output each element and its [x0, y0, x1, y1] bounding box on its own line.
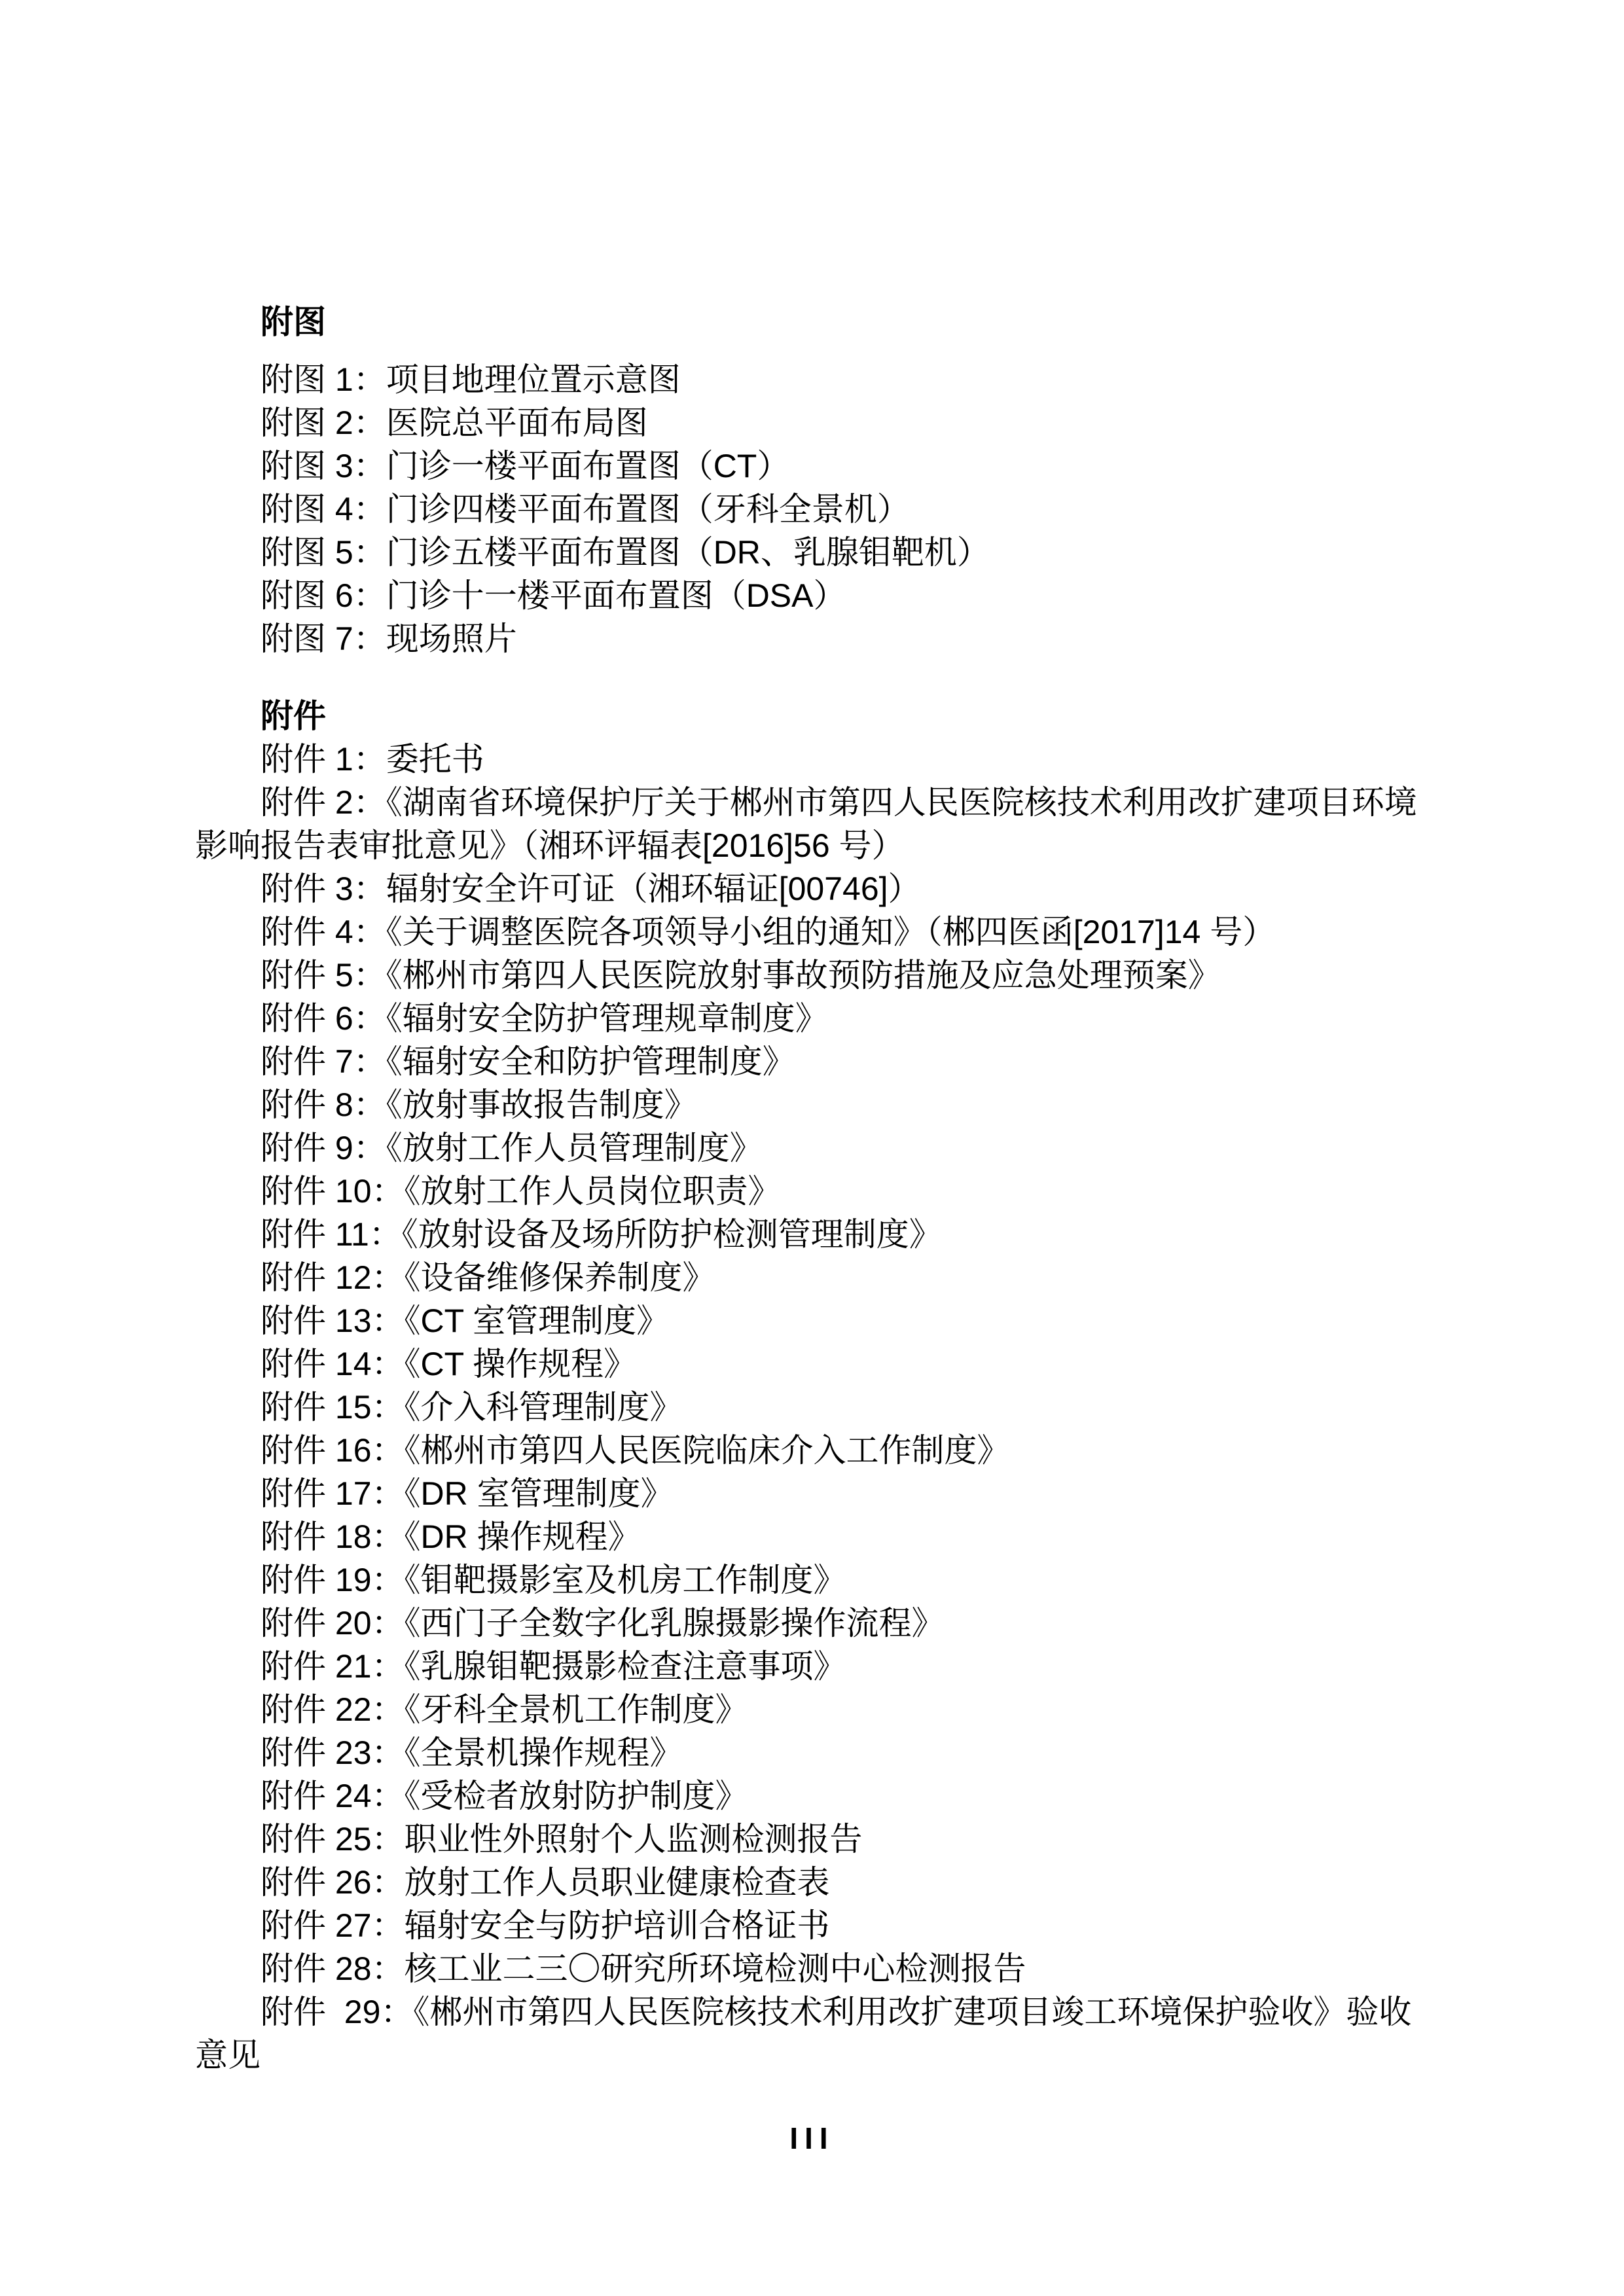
attachment-item-21: 附件 21：《乳腺钼靶摄影检查注意事项》	[195, 1645, 1458, 1688]
attachment-item-19: 附件 19：《钼靶摄影室及机房工作制度》	[195, 1558, 1458, 1602]
attachment-item-13: 附件 13：《CT 室管理制度》	[195, 1299, 1458, 1342]
figure-item-7: 附图 7：现场照片	[195, 617, 1458, 660]
attachment-item-18: 附件 18：《DR 操作规程》	[195, 1515, 1458, 1558]
figure-item-6: 附图 6：门诊十一楼平面布置图（DSA）	[195, 574, 1458, 617]
attachment-item-16: 附件 16：《郴州市第四人民医院临床介入工作制度》	[195, 1429, 1458, 1472]
attachment-item-11: 附件 11：《放射设备及场所防护检测管理制度》	[195, 1213, 1458, 1256]
attachment-item-22: 附件 22：《牙科全景机工作制度》	[195, 1688, 1458, 1731]
figure-item-3: 附图 3：门诊一楼平面布置图（CT）	[195, 444, 1458, 488]
attachment-item-8: 附件 8：《放射事故报告制度》	[195, 1083, 1458, 1126]
section-gap	[195, 660, 1458, 694]
attachment-item-3: 附件 3：辐射安全许可证（湘环辐证[00746]）	[195, 867, 1458, 910]
figure-item-4: 附图 4：门诊四楼平面布置图（牙科全景机）	[195, 488, 1458, 531]
document-page: 附图 附图 1：项目地理位置示意图 附图 2：医院总平面布局图 附图 3：门诊一…	[0, 0, 1624, 2296]
attachment-item-10: 附件 10：《放射工作人员岗位职责》	[195, 1170, 1458, 1213]
attachment-item-4: 附件 4：《关于调整医院各项领导小组的通知》（郴四医函[2017]14 号）	[195, 910, 1458, 954]
figure-item-5: 附图 5：门诊五楼平面布置图（DR、乳腺钼靶机）	[195, 531, 1458, 574]
attachment-item-27: 附件 27：辐射安全与防护培训合格证书	[195, 1904, 1458, 1947]
attachment-item-12: 附件 12：《设备维修保养制度》	[195, 1256, 1458, 1299]
attachment-item-28: 附件 28：核工业二三〇研究所环境检测中心检测报告	[195, 1947, 1458, 1990]
attachment-item-9: 附件 9：《放射工作人员管理制度》	[195, 1126, 1458, 1170]
attachment-item-14: 附件 14：《CT 操作规程》	[195, 1342, 1458, 1386]
figures-heading: 附图	[195, 300, 1458, 344]
figure-item-2: 附图 2：医院总平面布局图	[195, 401, 1458, 444]
attachment-item-17: 附件 17：《DR 室管理制度》	[195, 1472, 1458, 1515]
attachment-item-24: 附件 24：《受检者放射防护制度》	[195, 1774, 1458, 1818]
attachment-item-23: 附件 23：《全景机操作规程》	[195, 1731, 1458, 1774]
attachment-item-15: 附件 15：《介入科管理制度》	[195, 1386, 1458, 1429]
attachment-item-6: 附件 6：《辐射安全防护管理规章制度》	[195, 997, 1458, 1040]
page-number: III	[0, 2121, 1624, 2156]
attachment-item-20: 附件 20：《西门子全数字化乳腺摄影操作流程》	[195, 1602, 1458, 1645]
attachment-item-1: 附件 1：委托书	[195, 738, 1458, 781]
attachment-item-7: 附件 7：《辐射安全和防护管理制度》	[195, 1040, 1458, 1083]
attachment-item-2: 附件 2：《湖南省环境保护厅关于郴州市第四人民医院核技术利用改扩建项目环境 影响…	[195, 781, 1458, 867]
attachment-item-26: 附件 26：放射工作人员职业健康检查表	[195, 1861, 1458, 1904]
attachment-item-25: 附件 25：职业性外照射个人监测检测报告	[195, 1818, 1458, 1861]
attachment-item-29: 附件 29：《郴州市第四人民医院核技术利用改扩建项目竣工环境保护验收》验收 意见	[195, 1990, 1458, 2077]
attachments-heading: 附件	[195, 694, 1458, 738]
figure-item-1: 附图 1：项目地理位置示意图	[195, 358, 1458, 401]
attachment-item-5: 附件 5：《郴州市第四人民医院放射事故预防措施及应急处理预案》	[195, 954, 1458, 997]
toc-content: 附图 附图 1：项目地理位置示意图 附图 2：医院总平面布局图 附图 3：门诊一…	[195, 300, 1458, 2077]
